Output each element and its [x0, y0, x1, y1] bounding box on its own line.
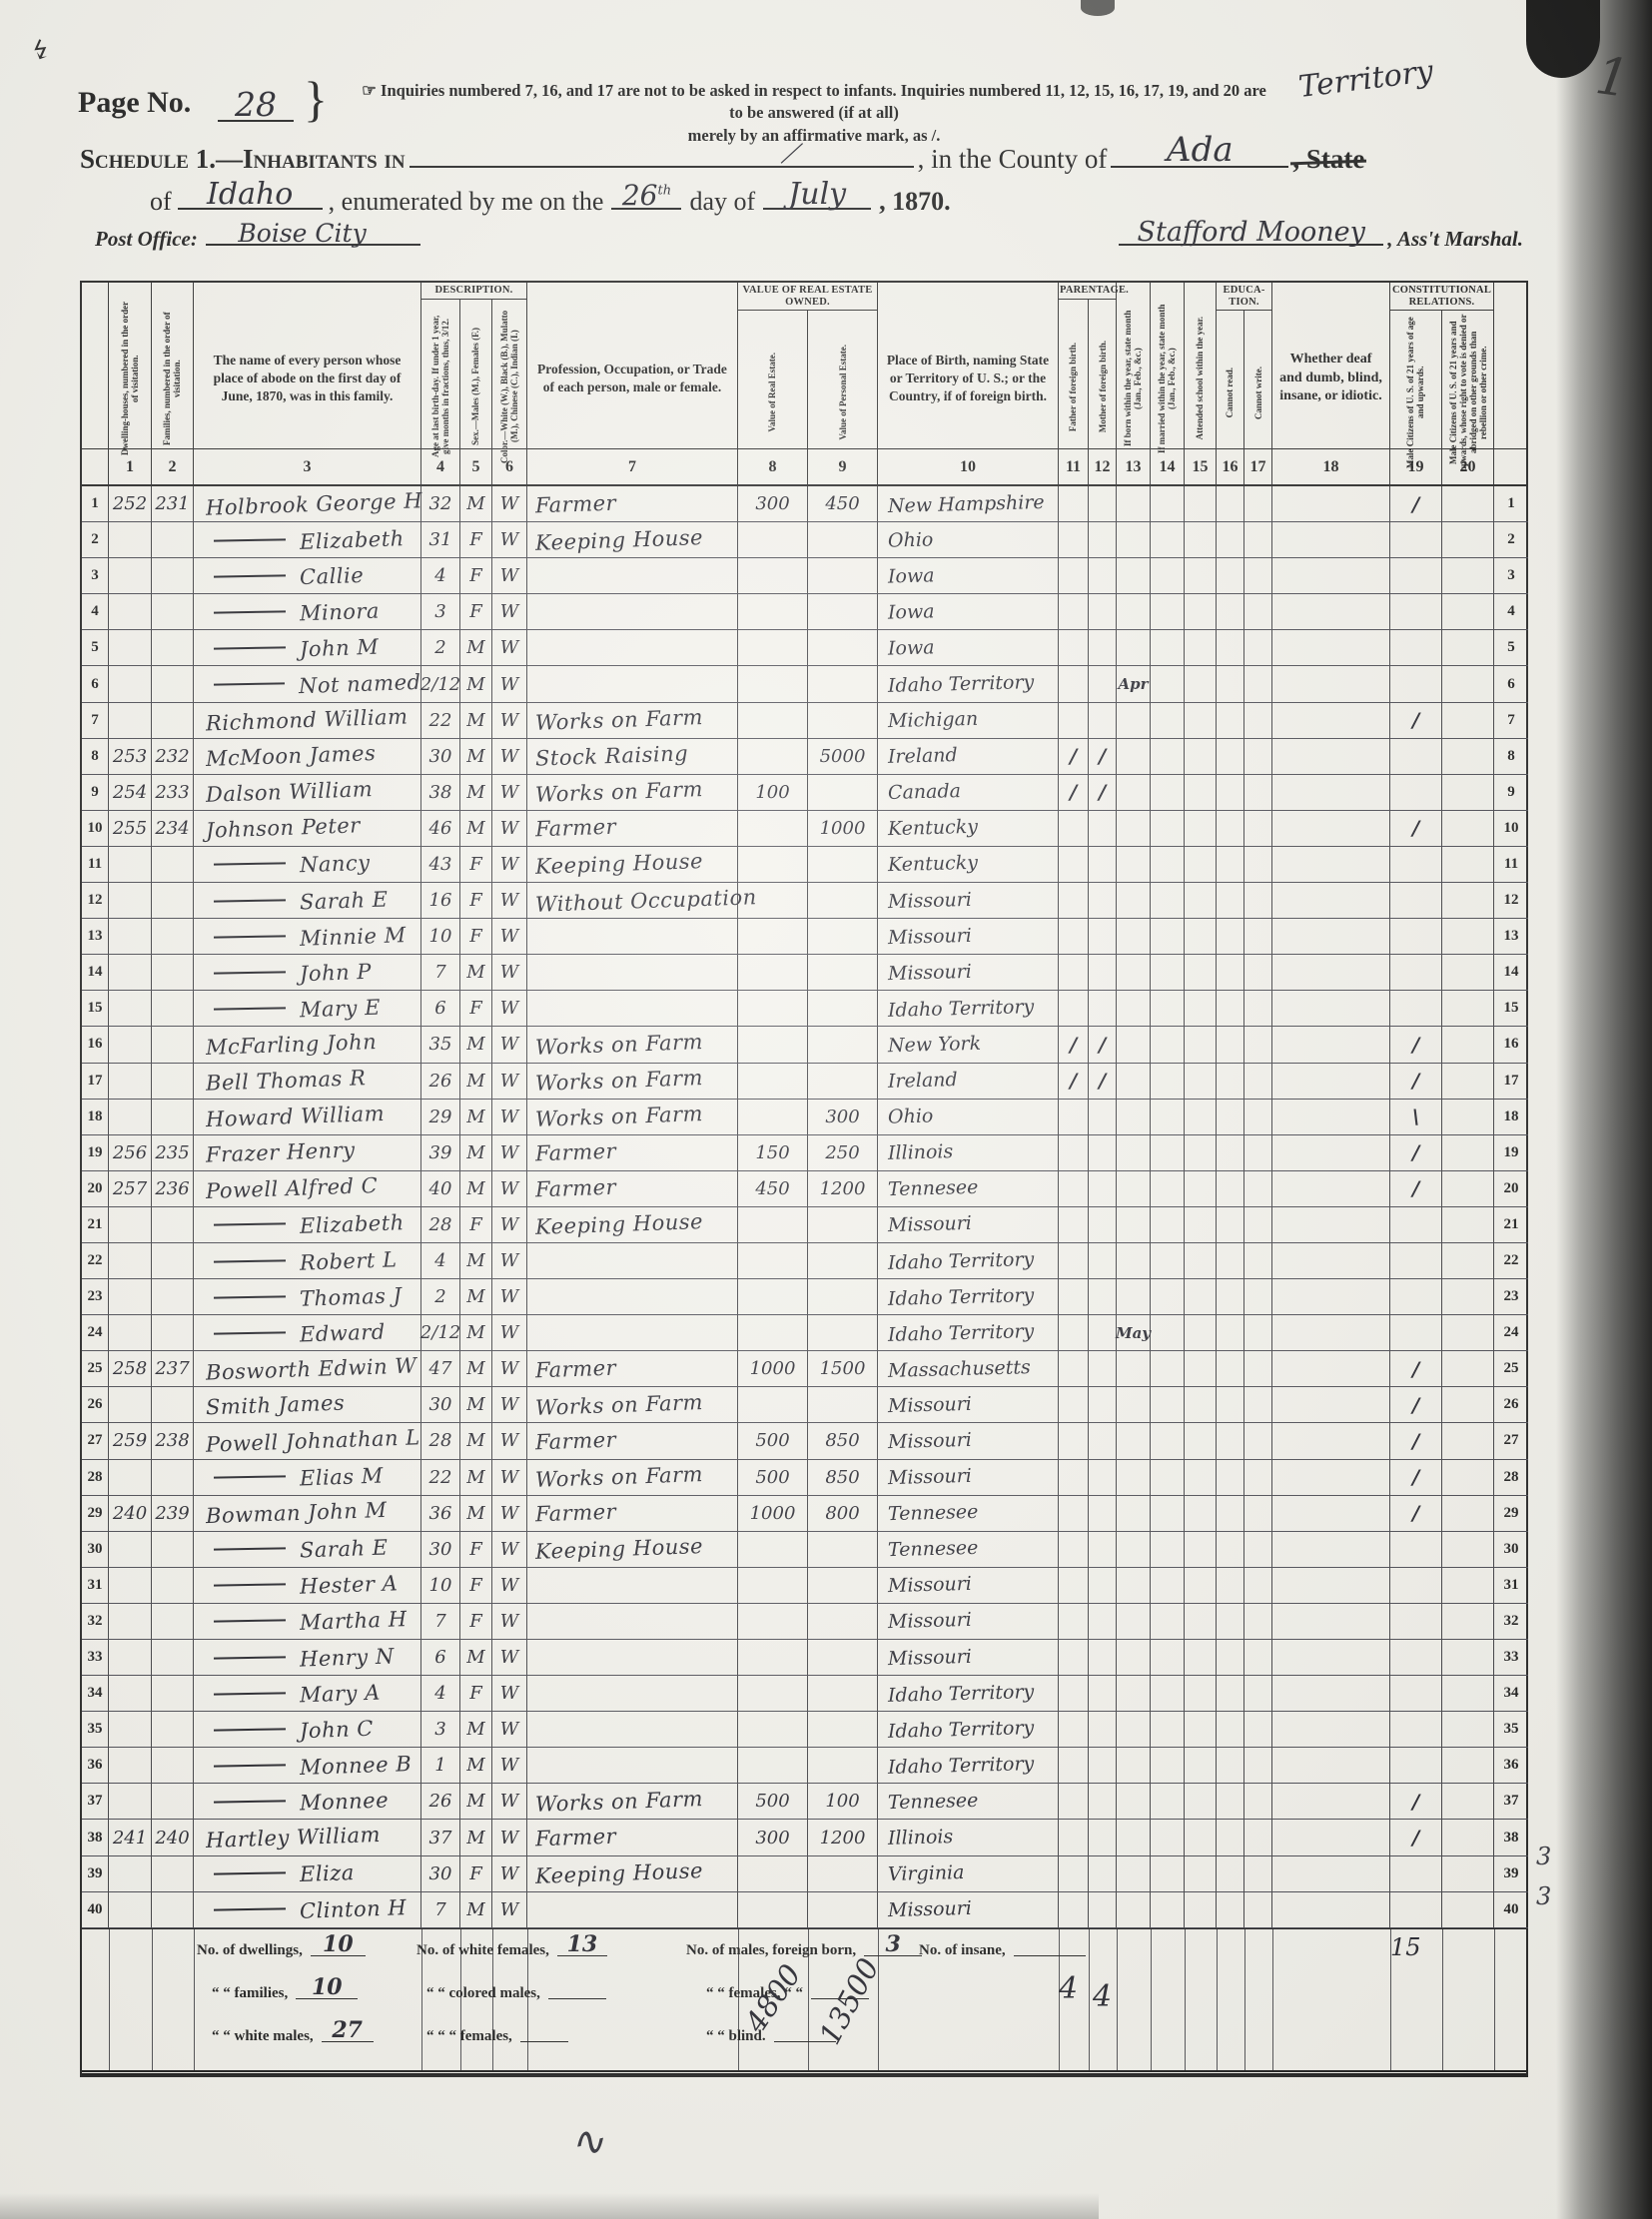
row-number-right: 21: [1494, 1207, 1528, 1243]
cell-sex: F: [460, 991, 492, 1027]
cell-dwelling-number: [109, 1604, 152, 1640]
cell-color-text: W: [500, 746, 519, 767]
table-row: 21Elizabeth28FWKeeping HouseMissouri21: [82, 1207, 1526, 1243]
cell-name-text: Monnee: [300, 1788, 390, 1815]
row-number-right: 18: [1494, 1100, 1528, 1135]
cell-sex-text: M: [466, 746, 484, 767]
total-insane-label: No. of insane,: [919, 1942, 1006, 1958]
cell-real-estate-value-text: 500: [755, 1791, 789, 1812]
cell-married-month: [1151, 1640, 1185, 1676]
row-number-left: 31: [82, 1568, 109, 1604]
cell-attended-school: [1185, 1892, 1217, 1928]
cell-name-text: McMoon James: [206, 741, 377, 771]
cell-family-number: [152, 1856, 194, 1892]
cell-birthplace: Missouri: [878, 1207, 1059, 1243]
cell-occupation: Farmer: [527, 1351, 738, 1387]
cell-father-foreign-born: /: [1059, 1027, 1089, 1063]
cell-cannot-write: [1244, 1279, 1272, 1315]
cell-mother-foreign-born: [1089, 1387, 1117, 1423]
cell-color: W: [492, 1027, 527, 1063]
cell-attended-school: [1185, 666, 1217, 702]
table-row: 20257236Powell Alfred C40MWFarmer4501200…: [82, 1171, 1526, 1207]
col-heading-6: Color.—White (W.), Black (B.), Mulatto (…: [492, 300, 527, 475]
cell-vote-denied: [1442, 1604, 1494, 1640]
cell-age: 2: [421, 1279, 460, 1315]
cell-color: W: [492, 1532, 527, 1568]
cell-deaf-dumb-blind: [1272, 1279, 1390, 1315]
cell-personal-estate-value: 300: [808, 1100, 878, 1135]
cell-occupation: Farmer: [527, 1820, 738, 1855]
cell-dwelling-number: [109, 1387, 152, 1423]
cell-mother-foreign-born: [1089, 847, 1117, 883]
cell-name: Nancy: [194, 847, 421, 883]
cell-age: 31: [421, 522, 460, 558]
cell-real-estate-value: 450: [738, 1171, 808, 1207]
cell-real-estate-value: [738, 703, 808, 739]
row-number-right: 5: [1494, 630, 1528, 666]
cell-name-text: Mary A: [300, 1680, 382, 1707]
cell-name: Elias M: [194, 1460, 421, 1496]
cell-father-foreign-born: [1059, 883, 1089, 919]
cell-born-month-mark: Apr: [1118, 675, 1148, 693]
cell-cannot-write: [1244, 1712, 1272, 1748]
total-females: “ “ “ females,: [426, 2027, 568, 2045]
cell-name-text: John M: [300, 635, 380, 662]
table-row: 14John P7MWMissouri14: [82, 955, 1526, 991]
cell-sex: M: [460, 1243, 492, 1279]
cell-mother-foreign-born: [1089, 1856, 1117, 1892]
cell-age-text: 3: [434, 601, 445, 622]
cell-personal-estate-value: [808, 666, 878, 702]
cell-dwelling-number: [109, 955, 152, 991]
total-males-foreign-born-label: No. of males, foreign born,: [686, 1942, 856, 1958]
row-number-left: 22: [82, 1243, 109, 1279]
cell-mother-foreign-born: [1089, 522, 1117, 558]
cell-family-number-text: 240: [155, 1828, 189, 1849]
cell-born-month: [1117, 811, 1151, 847]
cell-occupation: [527, 1604, 738, 1640]
cell-family-number: [152, 847, 194, 883]
cell-personal-estate-value-text: 100: [825, 1791, 859, 1812]
state-label-struck: , State: [1292, 144, 1364, 175]
cell-color: W: [492, 739, 527, 775]
col-heading-1: Dwelling-houses, numbered in the order o…: [109, 283, 152, 474]
cell-real-estate-value: [738, 1100, 808, 1135]
footer-column-rule: [1089, 1929, 1090, 2070]
cell-family-number: 233: [152, 775, 194, 811]
cell-family-number-text: 238: [155, 1430, 189, 1451]
cell-born-month: [1117, 1135, 1151, 1171]
cell-color: W: [492, 1496, 527, 1532]
cell-color-text: W: [500, 782, 519, 803]
cell-cannot-write: [1244, 1027, 1272, 1063]
cell-personal-estate-value: [808, 1892, 878, 1928]
cell-vote-denied: [1442, 703, 1494, 739]
cell-real-estate-value-text: 450: [755, 1178, 789, 1199]
cell-mother-foreign-born-mark: /: [1099, 1033, 1106, 1057]
table-row: 15Mary E6FWIdaho Territory15: [82, 991, 1526, 1027]
cell-vote-denied: [1442, 522, 1494, 558]
row-number-right: 32: [1494, 1604, 1528, 1640]
cell-dwelling-number: 253: [109, 739, 152, 775]
cell-sex-text: F: [469, 601, 482, 622]
cell-color-text: W: [500, 565, 519, 586]
cell-vote-denied: [1442, 666, 1494, 702]
cell-real-estate-value: [738, 1892, 808, 1928]
cell-occupation: [527, 919, 738, 955]
cell-male-citizen-21-mark: /: [1412, 1033, 1419, 1057]
cell-cannot-read: [1217, 1856, 1244, 1892]
cell-born-month: [1117, 1387, 1151, 1423]
cell-sex: F: [460, 1604, 492, 1640]
day-value: 26th: [622, 179, 671, 212]
cell-occupation: [527, 1279, 738, 1315]
cell-father-foreign-born-mark: /: [1070, 1069, 1077, 1093]
cell-deaf-dumb-blind: [1272, 955, 1390, 991]
cell-name-text: Sarah E: [300, 887, 389, 914]
cell-color: W: [492, 1315, 527, 1351]
row-number-left: 40: [82, 1892, 109, 1928]
cell-sex: M: [460, 1496, 492, 1532]
cell-family-number: 239: [152, 1496, 194, 1532]
cell-male-citizen-21: [1390, 883, 1442, 919]
cell-name-text: Robert L: [300, 1247, 398, 1274]
cell-personal-estate-value: 1500: [808, 1351, 878, 1387]
cell-personal-estate-value-text: 1200: [820, 1178, 866, 1199]
cell-birthplace-text: Kentucky: [888, 852, 978, 876]
cell-cannot-read: [1217, 847, 1244, 883]
cell-deaf-dumb-blind: [1272, 594, 1390, 630]
cell-age: 6: [421, 991, 460, 1027]
cell-age-text: 2/12: [420, 1322, 460, 1343]
cell-family-number: [152, 703, 194, 739]
cell-birthplace-text: Massachusetts: [888, 1356, 1031, 1382]
row-number-right: 8: [1494, 739, 1528, 775]
cell-deaf-dumb-blind: [1272, 1387, 1390, 1423]
cell-name: McMoon James: [194, 739, 421, 775]
cell-sex-text: M: [466, 1899, 484, 1920]
cell-name-text: Richmond William: [206, 705, 409, 736]
cell-personal-estate-value: [808, 1568, 878, 1604]
cell-deaf-dumb-blind: [1272, 991, 1390, 1027]
cell-married-month: [1151, 1171, 1185, 1207]
cell-name-text: Mary E: [300, 995, 382, 1022]
table-row: 19256235Frazer Henry39MWFarmer150250Illi…: [82, 1135, 1526, 1171]
cell-sex: F: [460, 1568, 492, 1604]
cell-real-estate-value-text: 1000: [750, 1503, 796, 1524]
row-number-right: 34: [1494, 1676, 1528, 1712]
cell-age: 40: [421, 1171, 460, 1207]
ditto-dash-icon: [214, 1548, 286, 1551]
cell-male-citizen-21: [1390, 1640, 1442, 1676]
cell-married-month: [1151, 1856, 1185, 1892]
cell-birthplace: Missouri: [878, 955, 1059, 991]
cell-deaf-dumb-blind: [1272, 775, 1390, 811]
cell-color-text: W: [500, 1575, 519, 1596]
cell-sex: M: [460, 1820, 492, 1855]
cell-male-citizen-21: /: [1390, 1820, 1442, 1855]
cell-real-estate-value: [738, 991, 808, 1027]
cell-personal-estate-value-text: 5000: [820, 746, 866, 767]
row-number-left: 33: [82, 1640, 109, 1676]
cell-dwelling-number-text: 259: [113, 1430, 147, 1451]
cell-vote-denied: [1442, 486, 1494, 522]
cell-family-number: 232: [152, 739, 194, 775]
cell-sex-text: F: [469, 529, 482, 550]
cell-father-foreign-born: [1059, 666, 1089, 702]
cell-married-month: [1151, 1568, 1185, 1604]
cell-real-estate-value: [738, 594, 808, 630]
table-row: 38241240Hartley William37MWFarmer3001200…: [82, 1820, 1526, 1855]
cell-male-citizen-21: [1390, 955, 1442, 991]
cell-father-foreign-born: [1059, 1423, 1089, 1459]
cell-cannot-read: [1217, 1532, 1244, 1568]
cell-sex-text: F: [469, 1539, 482, 1560]
cell-real-estate-value: [738, 1568, 808, 1604]
cell-cannot-read: [1217, 1027, 1244, 1063]
cell-age-text: 26: [429, 1791, 452, 1812]
cell-real-estate-value: [738, 811, 808, 847]
cell-occupation-text: Works on Farm: [535, 705, 704, 735]
pen-mark: ↯: [27, 34, 55, 68]
cell-age: 30: [421, 739, 460, 775]
cell-sex-text: F: [469, 1683, 482, 1704]
cell-vote-denied: [1442, 1892, 1494, 1928]
table-row: 10255234Johnson Peter46MWFarmer1000Kentu…: [82, 811, 1526, 847]
table-row: 23Thomas J2MWIdaho Territory23: [82, 1279, 1526, 1315]
cell-real-estate-value: [738, 1279, 808, 1315]
cell-color-text: W: [500, 1503, 519, 1524]
row-number-right: 15: [1494, 991, 1528, 1027]
cell-color: W: [492, 811, 527, 847]
cell-age-text: 1: [434, 1755, 445, 1776]
cell-birthplace-text: Idaho Territory: [888, 1248, 1035, 1274]
cell-real-estate-value-text: 150: [755, 1142, 789, 1163]
table-row: 6Not named2/12MWIdaho TerritoryApr6: [82, 666, 1526, 702]
cell-mother-foreign-born: [1089, 955, 1117, 991]
cell-mother-foreign-born: [1089, 703, 1117, 739]
cell-occupation-text: Keeping House: [535, 525, 704, 555]
column-number-16: 16: [1217, 449, 1244, 484]
cell-sex-text: F: [469, 926, 482, 947]
cell-family-number: [152, 1243, 194, 1279]
cell-birthplace: Massachusetts: [878, 1351, 1059, 1387]
row-number-right: 39: [1494, 1856, 1528, 1892]
cell-occupation: Without Occupation: [527, 883, 738, 919]
cell-birthplace-text: Idaho Territory: [888, 1753, 1035, 1779]
cell-color-text: W: [500, 710, 519, 731]
cell-vote-denied: [1442, 594, 1494, 630]
cell-deaf-dumb-blind: [1272, 1568, 1390, 1604]
cell-family-number: [152, 1027, 194, 1063]
cell-color-text: W: [500, 1683, 519, 1704]
col-heading-text: Cannot read.: [1225, 368, 1235, 417]
cell-cannot-write: [1244, 666, 1272, 702]
cell-mother-foreign-born-mark: /: [1099, 744, 1106, 768]
cell-color-text: W: [500, 1071, 519, 1092]
cell-attended-school: [1185, 1387, 1217, 1423]
table-row: 37Monnee26MWWorks on Farm500100Tennesee/…: [82, 1784, 1526, 1820]
cell-deaf-dumb-blind: [1272, 1171, 1390, 1207]
cell-real-estate-value: 100: [738, 775, 808, 811]
cell-family-number: [152, 1640, 194, 1676]
row-number-right: 10: [1494, 811, 1528, 847]
cell-cannot-write: [1244, 522, 1272, 558]
cell-dwelling-number: 258: [109, 1351, 152, 1387]
footer-column-rule: [1442, 1929, 1443, 2070]
cell-sex-text: M: [466, 1394, 484, 1415]
cell-attended-school: [1185, 1496, 1217, 1532]
schedule-title: Schedule 1.—Inhabitants in: [80, 144, 406, 175]
cell-personal-estate-value: 250: [808, 1135, 878, 1171]
cell-male-citizen-21: [1390, 1748, 1442, 1784]
cell-sex: F: [460, 1676, 492, 1712]
ditto-dash-icon: [214, 1871, 286, 1874]
cell-name-text: Hartley William: [206, 1823, 382, 1852]
cell-mother-foreign-born: [1089, 558, 1117, 594]
cell-mother-foreign-born: [1089, 630, 1117, 666]
cell-age-text: 10: [429, 1575, 452, 1596]
row-number-right: 14: [1494, 955, 1528, 991]
cell-sex: M: [460, 1784, 492, 1820]
cell-name-text: Bowman John M: [206, 1498, 388, 1528]
cell-occupation: [527, 991, 738, 1027]
cell-family-number: 235: [152, 1135, 194, 1171]
cell-color-text: W: [500, 1430, 519, 1451]
cell-male-citizen-21-mark: /: [1412, 1790, 1419, 1814]
cell-sex-text: M: [466, 1034, 484, 1055]
cell-cannot-read: [1217, 1423, 1244, 1459]
cell-color: W: [492, 486, 527, 522]
cell-occupation: [527, 1568, 738, 1604]
cell-real-estate-value-text: 500: [755, 1430, 789, 1451]
cell-family-number: [152, 1064, 194, 1100]
cell-cannot-write: [1244, 558, 1272, 594]
cell-attended-school: [1185, 1207, 1217, 1243]
cell-personal-estate-value: 850: [808, 1460, 878, 1496]
row-number-left: 38: [82, 1820, 109, 1855]
page-no-blank: 28: [218, 78, 294, 122]
row-number-right: 4: [1494, 594, 1528, 630]
page-no-value: 28: [235, 85, 277, 124]
cell-personal-estate-value: [808, 775, 878, 811]
cell-cannot-read: [1217, 594, 1244, 630]
cell-vote-denied: [1442, 1748, 1494, 1784]
cell-real-estate-value: 500: [738, 1423, 808, 1459]
cell-dwelling-number: 252: [109, 486, 152, 522]
cell-attended-school: [1185, 522, 1217, 558]
cell-vote-denied: [1442, 1640, 1494, 1676]
post-office-label: Post Office:: [95, 227, 198, 252]
cell-dwelling-number-text: 253: [113, 746, 147, 767]
cell-deaf-dumb-blind: [1272, 1207, 1390, 1243]
cell-married-month: [1151, 486, 1185, 522]
cell-sex-text: M: [466, 637, 484, 658]
cell-age: 36: [421, 1496, 460, 1532]
cell-name-text: Edward: [300, 1319, 387, 1346]
column-number-18: 18: [1272, 449, 1390, 484]
cell-personal-estate-value-text: 450: [825, 493, 859, 514]
row-number-right: 19: [1494, 1135, 1528, 1171]
cell-cannot-write: [1244, 1243, 1272, 1279]
cell-occupation: [527, 1676, 738, 1712]
cell-vote-denied: [1442, 1351, 1494, 1387]
cell-dwelling-number: [109, 847, 152, 883]
cell-birthplace: Ireland: [878, 739, 1059, 775]
cell-name-text: Martha H: [300, 1608, 408, 1636]
cell-name: Bowman John M: [194, 1496, 421, 1532]
cell-real-estate-value: [738, 522, 808, 558]
cell-personal-estate-value: [808, 1064, 878, 1100]
row-number-right: 30: [1494, 1532, 1528, 1568]
cell-married-month: [1151, 1712, 1185, 1748]
table-row: 22Robert L4MWIdaho Territory22: [82, 1243, 1526, 1279]
ditto-dash-icon: [214, 646, 286, 649]
cell-real-estate-value: 150: [738, 1135, 808, 1171]
cell-color-text: W: [500, 1358, 519, 1379]
cell-sex: M: [460, 630, 492, 666]
cell-personal-estate-value: [808, 558, 878, 594]
row-number-left: 34: [82, 1676, 109, 1712]
cell-family-number: [152, 1387, 194, 1423]
cell-personal-estate-value: [808, 1712, 878, 1748]
row-number-header-left: [82, 283, 109, 474]
row-number-right: 37: [1494, 1784, 1528, 1820]
cell-sex-text: M: [466, 962, 484, 983]
cell-cannot-read: [1217, 1496, 1244, 1532]
cell-occupation: [527, 630, 738, 666]
cell-father-foreign-born: [1059, 847, 1089, 883]
cell-name: John P: [194, 955, 421, 991]
cell-attended-school: [1185, 883, 1217, 919]
total-male-citizens: 15: [1390, 1933, 1421, 1961]
cell-attended-school: [1185, 847, 1217, 883]
cell-occupation-text: Without Occupation: [535, 885, 757, 917]
cell-attended-school: [1185, 1748, 1217, 1784]
cell-age: 39: [421, 1135, 460, 1171]
cell-family-number-text: 235: [155, 1142, 189, 1163]
cell-mother-foreign-born: [1089, 1207, 1117, 1243]
cell-mother-foreign-born: /: [1089, 775, 1117, 811]
cell-name-text: Sarah E: [300, 1536, 389, 1563]
column-number-15: 15: [1185, 449, 1217, 484]
num-blank-right: [1494, 449, 1528, 484]
cell-family-number: [152, 1712, 194, 1748]
cell-dwelling-number-text: 241: [113, 1828, 147, 1849]
cell-male-citizen-21: [1390, 991, 1442, 1027]
cell-vote-denied: [1442, 1532, 1494, 1568]
ditto-dash-icon: [214, 1656, 286, 1659]
cell-vote-denied: [1442, 1460, 1494, 1496]
cell-attended-school: [1185, 703, 1217, 739]
cell-married-month: [1151, 955, 1185, 991]
cell-color-text: W: [500, 1719, 519, 1740]
col-heading-10: Place of Birth, naming State or Territor…: [878, 283, 1059, 474]
marshal-blank: Stafford Mooney: [1119, 220, 1383, 246]
cell-color-text: W: [500, 998, 519, 1019]
cell-male-citizen-21-mark: /: [1412, 816, 1419, 840]
cell-name: McFarling John: [194, 1027, 421, 1063]
cell-age: 47: [421, 1351, 460, 1387]
cell-married-month: [1151, 1387, 1185, 1423]
cell-male-citizen-21: \: [1390, 1100, 1442, 1135]
cell-dwelling-number: 257: [109, 1171, 152, 1207]
cell-male-citizen-21-mark: /: [1412, 1357, 1419, 1381]
row-number-right: 36: [1494, 1748, 1528, 1784]
cell-cannot-write: [1244, 1100, 1272, 1135]
cell-name: Bosworth Edwin W: [194, 1351, 421, 1387]
cell-birthplace: Idaho Territory: [878, 666, 1059, 702]
